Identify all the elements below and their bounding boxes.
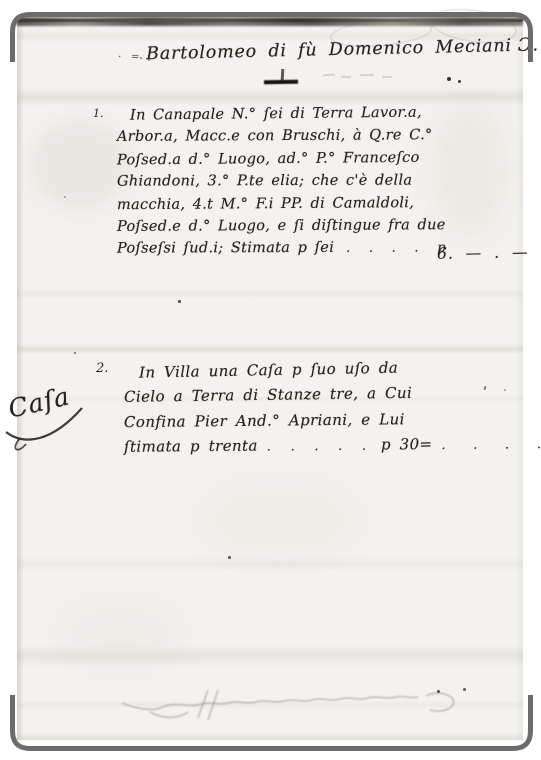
photo-frame <box>0 0 541 760</box>
manuscript-scan-view: · = Bartolomeo di fù Domenico Meciani Ɔ.… <box>0 0 541 760</box>
